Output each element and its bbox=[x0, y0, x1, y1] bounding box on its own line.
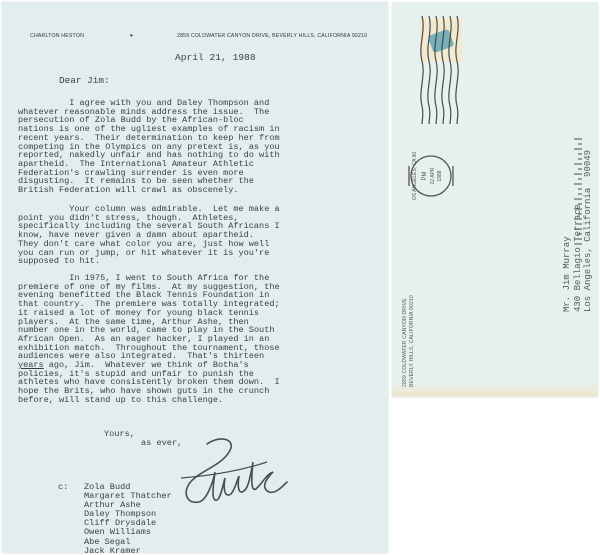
letterhead-address: 2859 COLDWATER CANYON DRIVE, BEVERLY HIL… bbox=[177, 33, 367, 39]
svg-text:1988: 1988 bbox=[437, 170, 443, 181]
salutation: Dear Jim: bbox=[59, 77, 110, 86]
return-address-line: 2859 COLDWATER CANYON DRIVE bbox=[402, 298, 408, 387]
svg-text:PM: PM bbox=[422, 171, 428, 180]
letter-date: April 21, 1988 bbox=[175, 54, 256, 63]
envelope: PM 22 APR 1988 LOS ANGELES, CA 900 Mr. J… bbox=[392, 2, 598, 396]
letterhead-separator: • bbox=[130, 31, 133, 40]
return-address: 2859 COLDWATER CANYON DRIVE BEVERLY HILL… bbox=[402, 295, 416, 387]
letter-page: CHARLTON HESTON • 2859 COLDWATER CANYON … bbox=[2, 2, 388, 553]
cc-recipient: Jack Kramer bbox=[84, 547, 172, 555]
cc-list: Zola Budd Margaret Thatcher Arthur Ashe … bbox=[84, 483, 172, 555]
letterhead-name: CHARLTON HESTON bbox=[30, 33, 84, 39]
svg-text:LOS ANGELES, CA 900: LOS ANGELES, CA 900 bbox=[412, 152, 418, 200]
return-address-line: BEVERLY HILLS, CALIFORNIA 90210 bbox=[409, 295, 415, 387]
signature-icon bbox=[177, 432, 297, 522]
envelope-edge-stain bbox=[392, 382, 598, 396]
paragraph-3: In 1975, I went to South Africa for the … bbox=[18, 274, 338, 405]
recipient-line: Mr. Jim Murray bbox=[562, 236, 572, 312]
closing-yours: Yours, bbox=[104, 430, 135, 439]
paragraph-2: Your column was admirable. Let me make a… bbox=[18, 205, 338, 266]
cc-label: c: bbox=[58, 483, 68, 492]
recipient-line: Los Angeles, California 90049 bbox=[583, 150, 593, 312]
cancellation-lines-icon bbox=[418, 16, 464, 124]
paragraph-1: I agree with you and Daley Thompson and … bbox=[18, 99, 338, 195]
postmark-icon: PM 22 APR 1988 LOS ANGELES, CA 900 bbox=[407, 152, 455, 200]
recipient-address: Mr. Jim Murray 430 Bellagio Terrace Los … bbox=[522, 62, 562, 312]
svg-text:22 APR: 22 APR bbox=[430, 167, 436, 184]
postal-barcode-icon bbox=[572, 137, 584, 247]
